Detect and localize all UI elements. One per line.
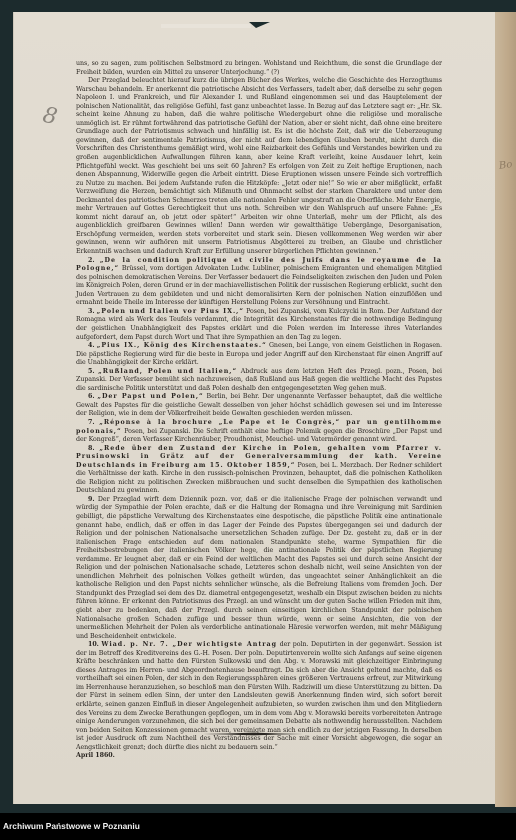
page-notch xyxy=(249,22,270,28)
item-number: 10. xyxy=(88,641,99,648)
item-number: 4. xyxy=(88,342,94,349)
list-item: 7. „Réponse à la brochure „Le Pape et le… xyxy=(76,419,442,445)
page-tear xyxy=(161,24,251,28)
ornamental-rule xyxy=(203,732,303,736)
list-item: 6. „Der Papst und Polen,“ Berlin, bei Be… xyxy=(76,393,442,419)
item-body: Brüssel, vom dortigen Advokaten Ludw. Lu… xyxy=(76,265,442,306)
item-number: 5. xyxy=(88,368,94,375)
list-item: 9. Der Przeglad wirft dem Dziennik pozn.… xyxy=(76,496,442,641)
item-number: 8. xyxy=(88,445,94,452)
list-item: 5. „Rußland, Polen und Italien,“ Abdruck… xyxy=(76,368,442,394)
paragraph: uns, so zu sagen, zum politischen Selbst… xyxy=(76,60,442,77)
item-number: 7. xyxy=(88,419,94,426)
item-title: „Polen und Italien vor Pius IX.,“ xyxy=(97,308,244,315)
document-text: uns, so zu sagen, zum politischen Selbst… xyxy=(76,60,442,761)
item-title: Wiad. p. Nr. 7. „Der wichtigste Antrag xyxy=(101,641,277,648)
item-title: „Der Papst und Polen,“ xyxy=(97,393,203,400)
item-body: Posen, bei Zupanski. Die Schrift enthält… xyxy=(76,428,442,444)
adjacent-page-handwriting: Bo xyxy=(498,159,513,172)
list-item: 8. „Rede über den Zustand der Kirche in … xyxy=(76,445,442,496)
archive-footer: Archiwum Państwowe w Poznaniu xyxy=(0,813,516,840)
archive-name-label: Archiwum Państwowe w Poznaniu xyxy=(3,821,140,831)
date-line: April 1860. xyxy=(76,752,442,761)
adjacent-page-edge: Bo xyxy=(495,12,516,807)
list-item: 2. „De la condition politique et civile … xyxy=(76,257,442,308)
item-title: „Rußland, Polen und Italien,“ xyxy=(98,368,237,375)
paragraph: Der Przeglad beleuchtet hierauf kurz die… xyxy=(76,77,442,256)
list-item: 3. „Polen und Italien vor Pius IX.,“ Pos… xyxy=(76,308,442,342)
item-number: 6. xyxy=(88,393,94,400)
item-title: „Pius IX., König des Kirchenstaates.“ xyxy=(97,342,267,349)
margin-page-number: 8 xyxy=(41,103,60,130)
item-number: 9. xyxy=(88,496,94,503)
item-body: Der Przeglad wirft dem Dziennik pozn. vo… xyxy=(76,496,442,640)
item-number: 2. xyxy=(88,257,94,264)
list-item: 4. „Pius IX., König des Kirchenstaates.“… xyxy=(76,342,442,368)
item-number: 3. xyxy=(88,308,94,315)
